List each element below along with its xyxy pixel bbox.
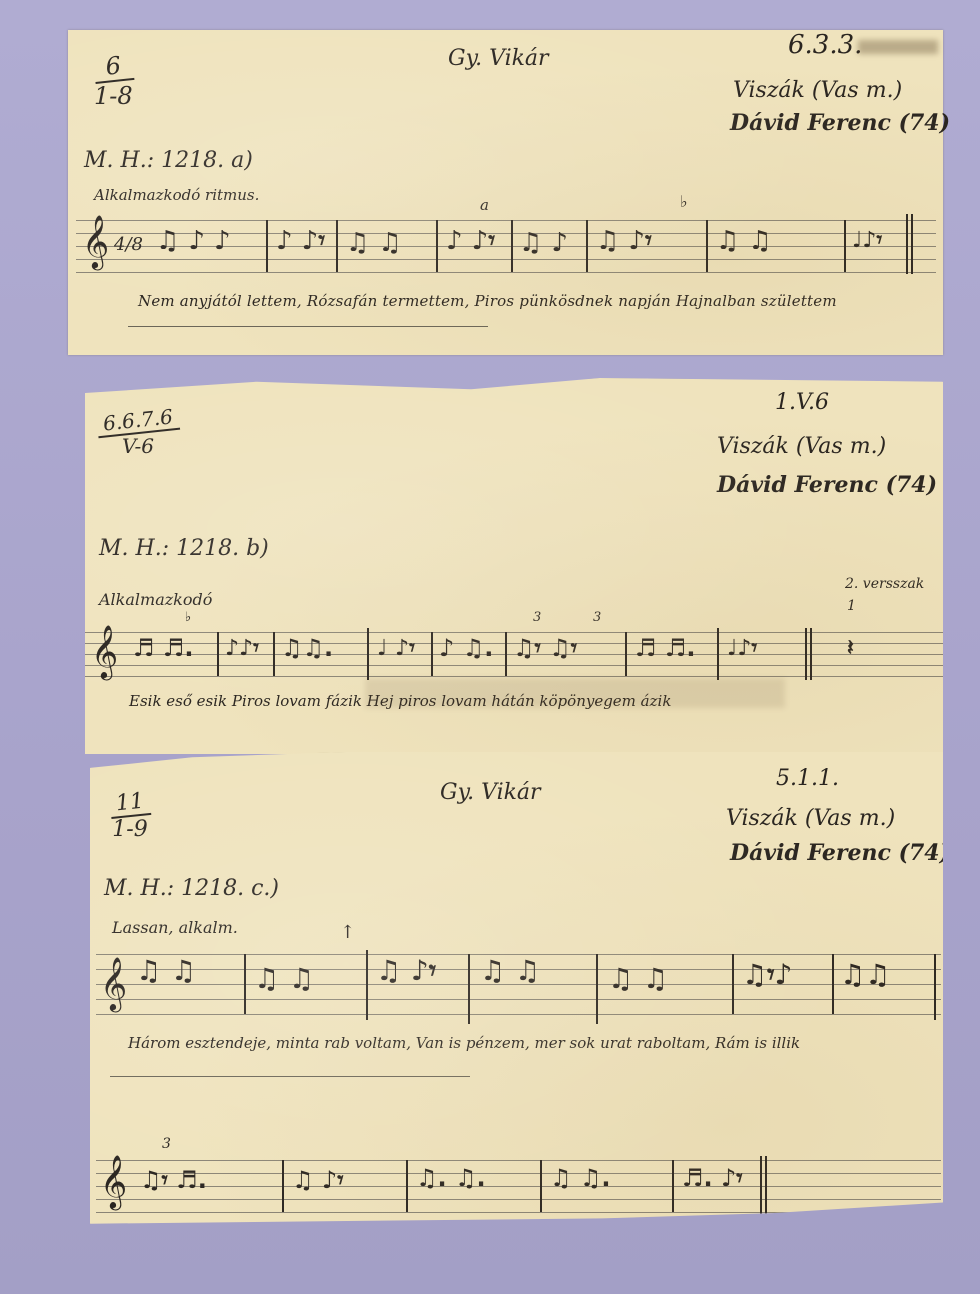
triplet-mark: 3 [593,610,601,625]
reference: M. H.: 1218. b) [99,536,269,561]
time-signature: 4/8 [114,234,143,255]
music-staff: 𝄞 4/8 ♫ ♪ ♪ ♪ ♪𝄾 ♫ ♫ ♪ ♪𝄾 ♫ ♪ ♫ ♪𝄾 ♫ ♫ ♩… [76,220,936,280]
annotation-a: a [480,196,489,214]
reference: M. H.: 1218. c.) [104,876,279,901]
treble-clef-icon: 𝄞 [100,1154,127,1210]
treble-clef-icon: 𝄞 [82,214,109,270]
location: Viszák (Vas m.) [733,78,902,103]
location: Viszák (Vas m.) [726,806,895,831]
music-staff-1: 𝄞 ♫ ♫ ♫ ♫ ♫ ♪𝄾 ♫ ♫ ♫ ♫ ♫𝄾♪ ♫♫ [96,954,941,1030]
singer: Dávid Ferenc (74) [730,110,950,136]
verse-number: 1 [847,598,856,614]
treble-clef-icon: 𝄞 [100,956,127,1012]
classification: 5.1.1. [776,766,839,791]
notes: ♫ ♪ ♪ [156,226,231,256]
annotation-flat: ♭ [185,610,191,625]
annotation-flat: ♭ [680,192,688,211]
catalog-fraction: 6.6.7.6 V-6 [97,408,179,458]
verse-note: 2. versszak [845,576,924,592]
catalog-fraction: 11 1-9 [110,790,150,842]
slip-3: 11 1-9 Gy. Vikár 5.1.1. Viszák (Vas m.) … [90,752,943,1282]
lyrics-line-1: Három esztendeje, minta rab voltam, Van … [128,1034,800,1052]
tempo-marking: Lassan, alkalm. [112,918,238,937]
arrow-annotation: ↑ [340,922,355,943]
triplet-mark: 3 [533,610,541,625]
slip-1: 6 1-8 Gy. Vikár 6.3.3. Viszák (Vas m.) D… [68,30,943,355]
tempo-marking: Alkalmazkodó [99,590,212,609]
classification: 6.3.3. [788,30,862,60]
tempo-marking: Alkalmazkodó ritmus. [94,186,259,204]
collector: Gy. Vikár [440,780,541,805]
singer: Dávid Ferenc (74) [717,472,937,498]
location: Viszák (Vas m.) [717,434,886,459]
reference: M. H.: 1218. a) [84,148,253,173]
singer: Dávid Ferenc (74) [730,840,950,866]
catalog-fraction: 6 1-8 [94,52,133,110]
lyrics: Nem anyjától lettem, Rózsafán termettem,… [138,292,837,310]
triplet-mark: 3 [162,1136,171,1152]
treble-clef-icon: 𝄞 [91,624,118,680]
classification: 1.V.6 [775,390,829,415]
collector: Gy. Vikár [448,46,549,71]
slip-2: 6.6.7.6 V-6 1.V.6 Viszák (Vas m.) Dávid … [85,378,943,754]
